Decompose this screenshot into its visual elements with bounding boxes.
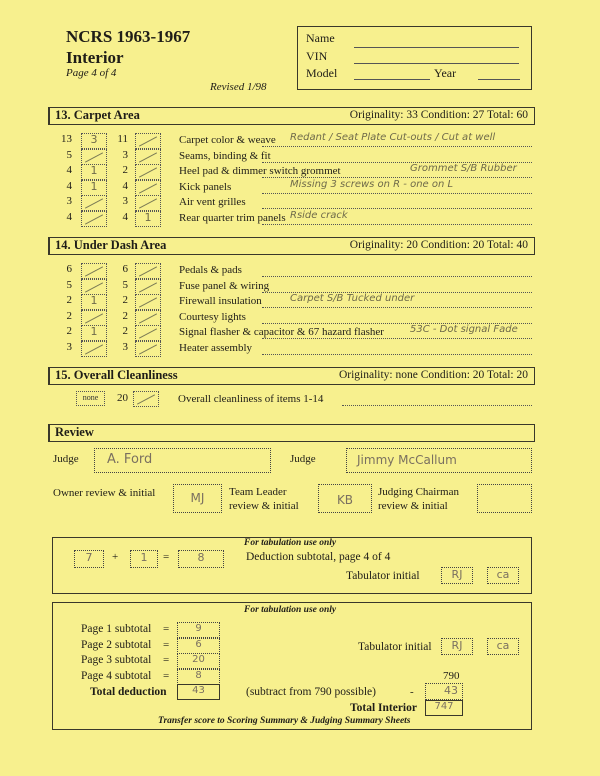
originality-points: 4 — [58, 211, 72, 223]
tabulator-initial-4-value: ca — [488, 639, 518, 652]
item-label: Carpet color & weave — [179, 134, 276, 146]
item-label: Rear quarter trim panels — [179, 212, 286, 224]
originality-points: 5 — [58, 149, 72, 161]
notes-line[interactable] — [262, 193, 532, 194]
owner-initial: MJ — [174, 491, 221, 505]
tabulation-header: For tabulation use only — [244, 538, 336, 548]
year-field[interactable] — [478, 79, 520, 80]
review-title: Review — [55, 425, 94, 440]
subtract-label: (subtract from 790 possible) — [246, 686, 376, 698]
transfer-instructions: Transfer score to Scoring Summary & Judg… — [158, 716, 411, 726]
owner-initial-field[interactable]: MJ — [173, 484, 222, 513]
condition-points: 6 — [114, 263, 128, 275]
equals-sign: = — [163, 670, 169, 682]
section-title: 13. Carpet Area — [55, 108, 140, 123]
total-deduction-label: Total deduction — [90, 686, 167, 698]
cleanliness-condition-box[interactable] — [133, 391, 159, 407]
originality-deduction: 1 — [82, 325, 106, 338]
judge-note: 53C - Dot signal Fade — [410, 324, 518, 335]
condition-deduction-box[interactable] — [135, 133, 161, 149]
originality-deduction-box[interactable]: 1 — [81, 164, 107, 180]
condition-deduction-box[interactable] — [135, 164, 161, 180]
item-label: Courtesy lights — [179, 311, 246, 323]
chairman-label-2: review & initial — [378, 500, 448, 512]
name-field[interactable] — [354, 47, 519, 48]
section-title: 14. Under Dash Area — [55, 238, 166, 253]
condition-deduction-box[interactable] — [135, 294, 161, 310]
originality-deduction-box[interactable] — [81, 310, 107, 326]
page-subtotal-label: Page 1 subtotal — [81, 623, 151, 635]
item-label: Fuse panel & wiring — [179, 280, 269, 292]
originality-points: 6 — [58, 263, 72, 275]
form-title: NCRS 1963-1967 — [66, 27, 190, 47]
judge1-field[interactable]: A. Ford — [94, 448, 271, 473]
judge-note: Carpet S/B Tucked under — [290, 293, 414, 304]
equals-sign: = — [163, 654, 169, 666]
judge-note: Missing 3 screws on R - one on L — [290, 179, 453, 190]
judge2-field[interactable]: Jimmy McCallum — [346, 448, 532, 473]
section-title: 15. Overall Cleanliness — [55, 368, 178, 383]
total-interior-label: Total Interior — [350, 702, 417, 714]
condition-deduction: 1 — [136, 211, 160, 224]
notes-line[interactable] — [262, 146, 532, 147]
originality-deduction-box[interactable]: 1 — [81, 180, 107, 196]
condition-points: 2 — [114, 164, 128, 176]
condition-points: 2 — [114, 325, 128, 337]
equals-sign: = — [163, 639, 169, 651]
item-label: Signal flasher & capacitor & 67 hazard f… — [179, 326, 384, 338]
condition-deduction-box[interactable] — [135, 195, 161, 211]
originality-deduction-box[interactable]: 3 — [81, 133, 107, 149]
team-leader-initial: KB — [319, 493, 371, 507]
page-indicator: Page 4 of 4 — [66, 67, 116, 79]
originality-deduction-box[interactable] — [81, 341, 107, 357]
page-subtotal-label: Page 3 subtotal — [81, 654, 151, 666]
chairman-initial-field[interactable] — [477, 484, 532, 513]
plus-sign: + — [112, 551, 118, 563]
originality-deduction-box[interactable] — [81, 263, 107, 279]
subtract-value: 43 — [426, 684, 462, 697]
year-label: Year — [434, 66, 456, 81]
condition-points: 11 — [114, 133, 128, 145]
equals-sign: = — [163, 623, 169, 635]
item-label: Kick panels — [179, 181, 231, 193]
tabulator-initial-label: Tabulator initial — [346, 570, 420, 582]
originality-points: 4 — [58, 164, 72, 176]
condition-points: 3 — [114, 195, 128, 207]
page-subtotal-value: 8 — [178, 670, 219, 681]
originality-points: 13 — [58, 133, 72, 145]
tabulator-initial-2-value: ca — [488, 568, 518, 581]
condition-deduction-box[interactable]: 1 — [135, 211, 161, 227]
page-subtotal-label: Page 4 subtotal — [81, 670, 151, 682]
equals-sign: = — [163, 551, 169, 563]
condition-points: 4 — [114, 211, 128, 223]
notes-line[interactable] — [262, 354, 532, 355]
revision-label: Revised 1/98 — [210, 81, 267, 93]
notes-line[interactable] — [262, 338, 532, 339]
condition-points: 5 — [114, 279, 128, 291]
item-label: Heater assembly — [179, 342, 252, 354]
originality-deduction-box[interactable] — [81, 195, 107, 211]
subtract-field[interactable]: 43 — [425, 683, 463, 700]
vehicle-id-box: Name VIN Model Year — [297, 26, 532, 90]
cleanliness-notes-line[interactable] — [342, 405, 532, 406]
total-interior-value: 747 — [426, 701, 462, 712]
minus-sign: - — [410, 686, 414, 698]
total-deduction-field[interactable]: 43 — [177, 684, 220, 700]
cleanliness-originality-box[interactable]: none — [76, 391, 105, 406]
item-label: Pedals & pads — [179, 264, 242, 276]
judge-note: Rside crack — [290, 210, 348, 221]
tabulator-initial-3[interactable]: RJ — [441, 638, 473, 655]
tabulation-total-header: For tabulation use only — [244, 605, 336, 615]
tabulator-initial-1[interactable]: RJ — [441, 567, 473, 584]
notes-line[interactable] — [262, 307, 532, 308]
page-subtotal-field[interactable]: 20 — [177, 653, 220, 669]
condition-points: 2 — [114, 310, 128, 322]
name-label: Name — [306, 31, 335, 46]
originality-points: 2 — [58, 325, 72, 337]
condition-deduction-box[interactable] — [135, 180, 161, 196]
tabulator-initial-label-2: Tabulator initial — [358, 641, 432, 653]
team-leader-label-2: review & initial — [229, 500, 299, 512]
originality-points: 2 — [58, 310, 72, 322]
section-underdash-header: 14. Under Dash Area Originality: 20 Cond… — [48, 237, 535, 255]
notes-line[interactable] — [262, 224, 532, 225]
condition-points: 3 — [114, 341, 128, 353]
item-label: Air vent grilles — [179, 196, 246, 208]
team-leader-label-1: Team Leader — [229, 486, 287, 498]
condition-deduction-box[interactable] — [135, 325, 161, 341]
originality-deduction: 1 — [82, 180, 106, 193]
section-stats: Originality: 20 Condition: 20 Total: 40 — [350, 239, 528, 251]
originality-deduction-box[interactable] — [81, 279, 107, 295]
originality-deduction-box[interactable] — [81, 149, 107, 165]
vin-field[interactable] — [354, 63, 519, 64]
none-label: none — [77, 393, 104, 402]
deduction-subtotal-label: Deduction subtotal, page 4 of 4 — [246, 551, 390, 563]
tabulator-initial-2[interactable]: ca — [487, 567, 519, 584]
originality-deduction-box[interactable]: 1 — [81, 294, 107, 310]
judge-note: Redant / Seat Plate Cut-outs / Cut at we… — [290, 132, 495, 143]
review-header: Review — [48, 424, 535, 442]
page-subtotal-field[interactable]: 9 — [177, 622, 220, 638]
tabulator-initial-3-value: RJ — [442, 639, 472, 652]
cleanliness-points: 20 — [112, 392, 128, 404]
originality-deduction-box[interactable]: 1 — [81, 325, 107, 341]
deduction-b-value: 1 — [131, 551, 157, 564]
page-subtotal-value: 20 — [178, 654, 219, 665]
notes-line[interactable] — [262, 276, 532, 277]
page-subtotal-field[interactable]: 8 — [177, 669, 220, 685]
possible-points: 790 — [443, 670, 460, 682]
deduction-a-field[interactable]: 7 — [74, 550, 104, 568]
condition-points: 2 — [114, 294, 128, 306]
deduction-a-value: 7 — [75, 551, 103, 564]
condition-deduction-box[interactable] — [135, 310, 161, 326]
condition-deduction-box[interactable] — [135, 263, 161, 279]
originality-deduction: 3 — [82, 133, 106, 146]
tabulator-initial-1-value: RJ — [442, 568, 472, 581]
model-label: Model — [306, 66, 337, 81]
section-stats: Originality: 33 Condition: 27 Total: 60 — [350, 109, 528, 121]
deduction-sum-field[interactable]: 8 — [178, 550, 224, 568]
cleanliness-label: Overall cleanliness of items 1-14 — [178, 393, 323, 405]
deduction-b-field[interactable]: 1 — [130, 550, 158, 568]
form-subtitle: Interior — [66, 48, 124, 68]
section-cleanliness-header: 15. Overall Cleanliness Originality: non… — [48, 367, 535, 385]
page-subtotal-value: 9 — [178, 623, 219, 634]
judge2-signature: Jimmy McCallum — [347, 453, 531, 467]
total-interior-field[interactable]: 747 — [425, 700, 463, 716]
item-label: Seams, binding & fit — [179, 150, 271, 162]
section-stats: Originality: none Condition: 20 Total: 2… — [339, 369, 528, 381]
judge1-label: Judge — [53, 453, 79, 465]
condition-deduction-box[interactable] — [135, 279, 161, 295]
page-subtotal-value: 6 — [178, 639, 219, 650]
originality-points: 5 — [58, 279, 72, 291]
condition-points: 3 — [114, 149, 128, 161]
chairman-label-1: Judging Chairman — [378, 486, 459, 498]
originality-deduction-box[interactable] — [81, 211, 107, 227]
vin-label: VIN — [306, 49, 327, 64]
originality-points: 3 — [58, 195, 72, 207]
section-carpet-header: 13. Carpet Area Originality: 33 Conditio… — [48, 107, 535, 125]
item-label: Heel pad & dimmer switch grommet — [179, 165, 341, 177]
condition-deduction-box[interactable] — [135, 149, 161, 165]
originality-deduction: 1 — [82, 294, 106, 307]
page-subtotal-label: Page 2 subtotal — [81, 639, 151, 651]
condition-points: 4 — [114, 180, 128, 192]
tabulator-initial-4[interactable]: ca — [487, 638, 519, 655]
deduction-sum-value: 8 — [179, 551, 223, 564]
judge1-signature: A. Ford — [95, 452, 270, 467]
condition-deduction-box[interactable] — [135, 341, 161, 357]
originality-deduction: 1 — [82, 164, 106, 177]
originality-points: 2 — [58, 294, 72, 306]
originality-points: 4 — [58, 180, 72, 192]
judge2-label: Judge — [290, 453, 316, 465]
judge-note: Grommet S/B Rubber — [410, 163, 517, 174]
total-deduction-value: 43 — [178, 685, 219, 696]
team-leader-initial-field[interactable]: KB — [318, 484, 372, 513]
originality-points: 3 — [58, 341, 72, 353]
page-subtotal-field[interactable]: 6 — [177, 638, 220, 654]
model-field[interactable] — [354, 79, 430, 80]
owner-review-label: Owner review & initial — [53, 487, 155, 499]
item-label: Firewall insulation — [179, 295, 262, 307]
